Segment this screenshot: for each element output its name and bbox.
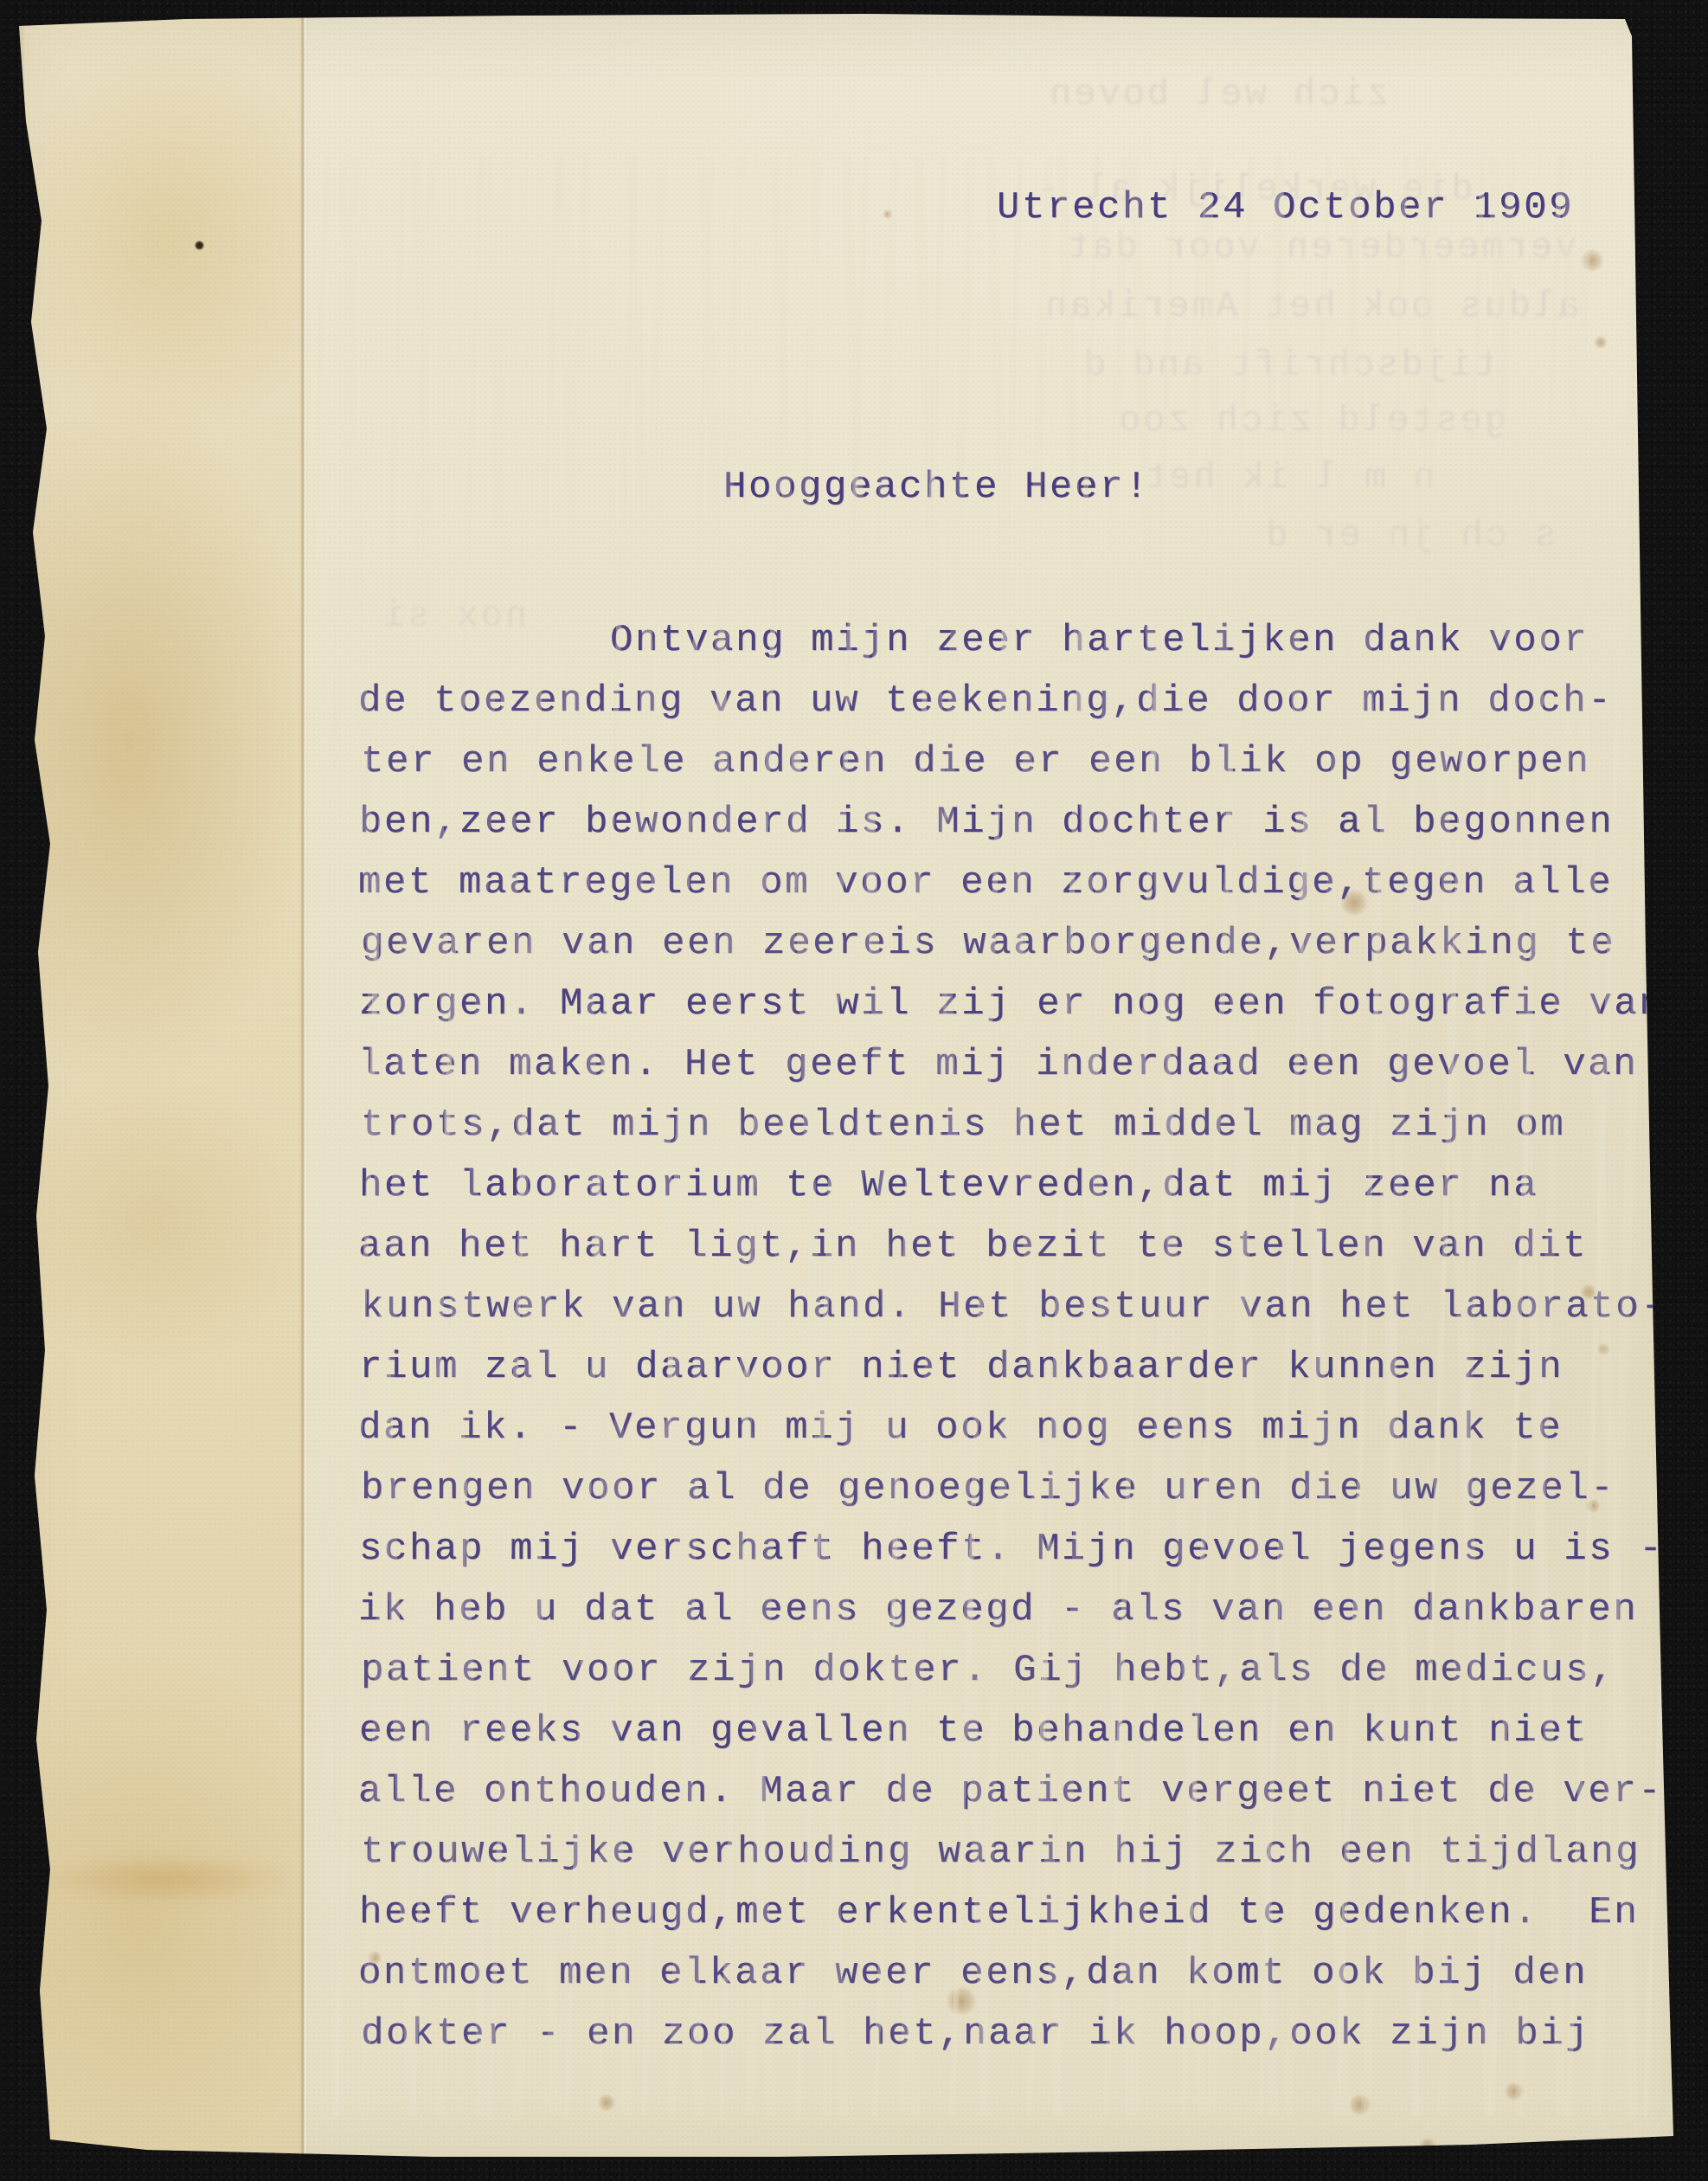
stain-streak [24, 1845, 310, 1913]
body-line: aan het hart ligt,in het bezit te stelle… [358, 1216, 1663, 1277]
body-line: heeft verheugd,met erkentelijkheid te ge… [359, 1882, 1664, 1943]
body-line: het laboratorium te Weltevreden,dat mij … [359, 1155, 1664, 1216]
ghost-text: tijdschrift and d [1082, 344, 1496, 386]
body-line: een reeks van gevallen te behandelen en … [359, 1701, 1664, 1761]
foxing-spot [1642, 550, 1654, 561]
torn-edge-shade [0, 0, 26, 2181]
foxing-spot [1594, 336, 1608, 349]
body-line: trouwelijke verhouding waarin hij zich e… [361, 1822, 1666, 1882]
body-line: met maatregelen om voor een zorgvuldige,… [358, 852, 1663, 913]
body-line: de toezending van uw teekening,die door … [358, 671, 1663, 731]
body-line: ben,zeer bewonderd is. Mijn dochter is a… [359, 792, 1664, 852]
ink-fleck [195, 241, 204, 250]
letter-body: Ontvang mijn zeer hartelijken dank voord… [359, 610, 1664, 2064]
body-line: schap mij verschaft heeft. Mijn gevoel j… [359, 1519, 1664, 1579]
salutation: Hooggeachte Heer! [723, 457, 1150, 518]
body-line: dan ik. - Vergun mij u ook nog eens mijn… [358, 1398, 1663, 1458]
body-line: trots,dat mijn beeldtenis het middel mag… [361, 1095, 1666, 1155]
body-line: Ontvang mijn zeer hartelijken dank voor [359, 610, 1664, 671]
scanner-background: zich wel bovendie werkelijk al -vermeerd… [0, 0, 1708, 2181]
body-line: zorgen. Maar eerst wil zij er nog een fo… [359, 974, 1664, 1034]
body-line: laten maken. Het geeft mij inderdaad een… [358, 1034, 1663, 1095]
ghost-text: aldus ook het Amerikan [1043, 286, 1580, 327]
foxing-spot [1504, 2082, 1525, 2101]
body-line: dokter - en zoo zal het,naar ik hoop,ook… [361, 2004, 1666, 2064]
body-line: rium zal u daarvoor niet dankbaarder kun… [359, 1337, 1664, 1398]
foxing-spot [1419, 2138, 1436, 2153]
body-line: ter en enkele anderen die er een blik op… [361, 731, 1666, 792]
dateline: Utrecht 24 October 1909 [997, 177, 1574, 238]
ghost-text: gesteld zich zoo [1116, 400, 1506, 441]
fold-crease [300, 0, 307, 2181]
foxing-spot [597, 2094, 616, 2111]
ghost-text: zich wel boven [1047, 74, 1389, 115]
foxing-spot [1348, 2094, 1372, 2115]
body-line: brengen voor al de genoegelijke uren die… [361, 1458, 1666, 1519]
letter-page: zich wel bovendie werkelijk al -vermeerd… [0, 0, 1708, 2181]
foxing-spot [1580, 249, 1604, 272]
body-line: gevaren van een zeereis waarborgende,ver… [361, 913, 1666, 974]
body-line: patient voor zijn dokter. Gij hebt,als d… [361, 1640, 1666, 1701]
body-line: ontmoet men elkaar weer eens,dan komt oo… [358, 1943, 1663, 2004]
ghost-text: n m l ik het [1142, 457, 1435, 499]
foxing-spot [883, 209, 893, 219]
body-line: kunstwerk van uw hand. Het bestuur van h… [361, 1277, 1666, 1337]
ghost-text: s ch jn er d [1263, 515, 1556, 557]
body-line: alle onthouden. Maar de patient vergeet … [358, 1761, 1663, 1822]
body-line: ik heb u dat al eens gezegd - als van ee… [358, 1579, 1663, 1640]
